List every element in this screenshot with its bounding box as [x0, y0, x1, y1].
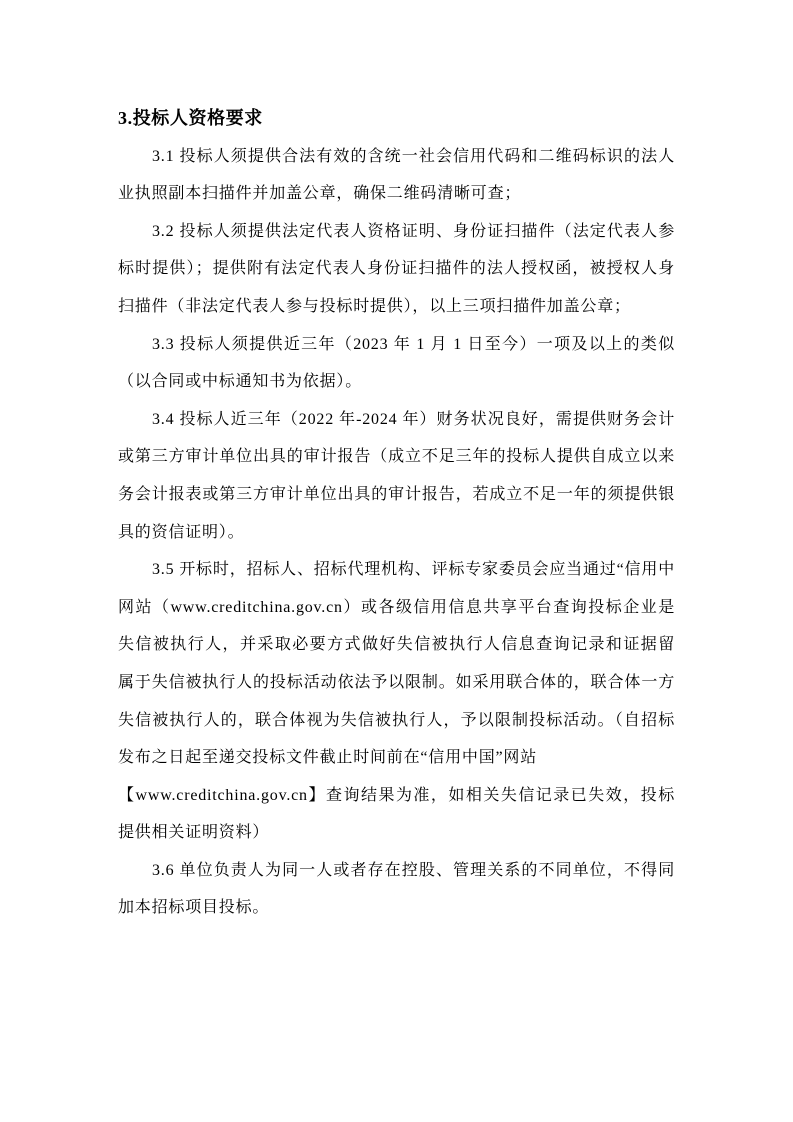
text-line: 失信被执行人的，联合体视为失信被执行人，予以限制投标活动。（自招标公告: [118, 702, 675, 740]
text-line: 发布之日起至递交投标文件截止时间前在“信用中国”网站: [118, 739, 675, 777]
text-line: 3.2 投标人须提供法定代表人资格证明、身份证扫描件（法定代表人参与投: [118, 213, 675, 251]
document-page: 3.投标人资格要求 3.1 投标人须提供合法有效的含统一社会信用代码和二维码标识…: [0, 0, 793, 1122]
text-line: 或第三方审计单位出具的审计报告（成立不足三年的投标人提供自成立以来的财: [118, 438, 675, 476]
document-body: 3.1 投标人须提供合法有效的含统一社会信用代码和二维码标识的法人营业执照副本扫…: [118, 138, 675, 927]
paragraph-3.3: 3.3 投标人须提供近三年（2023 年 1 月 1 日至今）一项及以上的类似业…: [118, 326, 675, 401]
text-line: 具的资信证明）。: [118, 514, 675, 552]
text-line: 3.6 单位负责人为同一人或者存在控股、管理关系的不同单位，不得同时参: [118, 852, 675, 890]
text-line: 提供相关证明资料）: [118, 814, 675, 852]
text-line: 加本招标项目投标。: [118, 889, 675, 927]
text-line: （以合同或中标通知书为依据）。: [118, 363, 675, 401]
text-line: 失信被执行人，并采取必要方式做好失信被执行人信息查询记录和证据留存。对: [118, 626, 675, 664]
section-heading: 3.投标人资格要求: [118, 100, 675, 138]
text-line: 【www.creditchina.gov.cn】查询结果为准，如相关失信记录已失…: [118, 777, 675, 815]
paragraph-3.4: 3.4 投标人近三年（2022 年-2024 年）财务状况良好，需提供财务会计报…: [118, 401, 675, 551]
text-line: 标时提供）；提供附有法定代表人身份证扫描件的法人授权函，被授权人身份证: [118, 250, 675, 288]
paragraph-3.2: 3.2 投标人须提供法定代表人资格证明、身份证扫描件（法定代表人参与投标时提供）…: [118, 213, 675, 326]
paragraph-3.1: 3.1 投标人须提供合法有效的含统一社会信用代码和二维码标识的法人营业执照副本扫…: [118, 138, 675, 213]
text-line: 属于失信被执行人的投标活动依法予以限制。如采用联合体的，联合体一方属于: [118, 664, 675, 702]
text-line: 3.4 投标人近三年（2022 年-2024 年）财务状况良好，需提供财务会计报…: [118, 401, 675, 439]
text-line: 网站（www.creditchina.gov.cn）或各级信用信息共享平台查询投…: [118, 589, 675, 627]
text-line: 扫描件（非法定代表人参与投标时提供），以上三项扫描件加盖公章；: [118, 288, 675, 326]
text-line: 3.3 投标人须提供近三年（2023 年 1 月 1 日至今）一项及以上的类似业…: [118, 326, 675, 364]
text-line: 务会计报表或第三方审计单位出具的审计报告，若成立不足一年的须提供银行出: [118, 476, 675, 514]
paragraph-3.5: 3.5 开标时，招标人、招标代理机构、评标专家委员会应当通过“信用中国”网站（w…: [118, 551, 675, 852]
text-line: 3.1 投标人须提供合法有效的含统一社会信用代码和二维码标识的法人营: [118, 138, 675, 176]
text-line: 3.5 开标时，招标人、招标代理机构、评标专家委员会应当通过“信用中国”: [118, 551, 675, 589]
text-line: 业执照副本扫描件并加盖公章，确保二维码清晰可查；: [118, 175, 675, 213]
paragraph-3.6: 3.6 单位负责人为同一人或者存在控股、管理关系的不同单位，不得同时参加本招标项…: [118, 852, 675, 927]
